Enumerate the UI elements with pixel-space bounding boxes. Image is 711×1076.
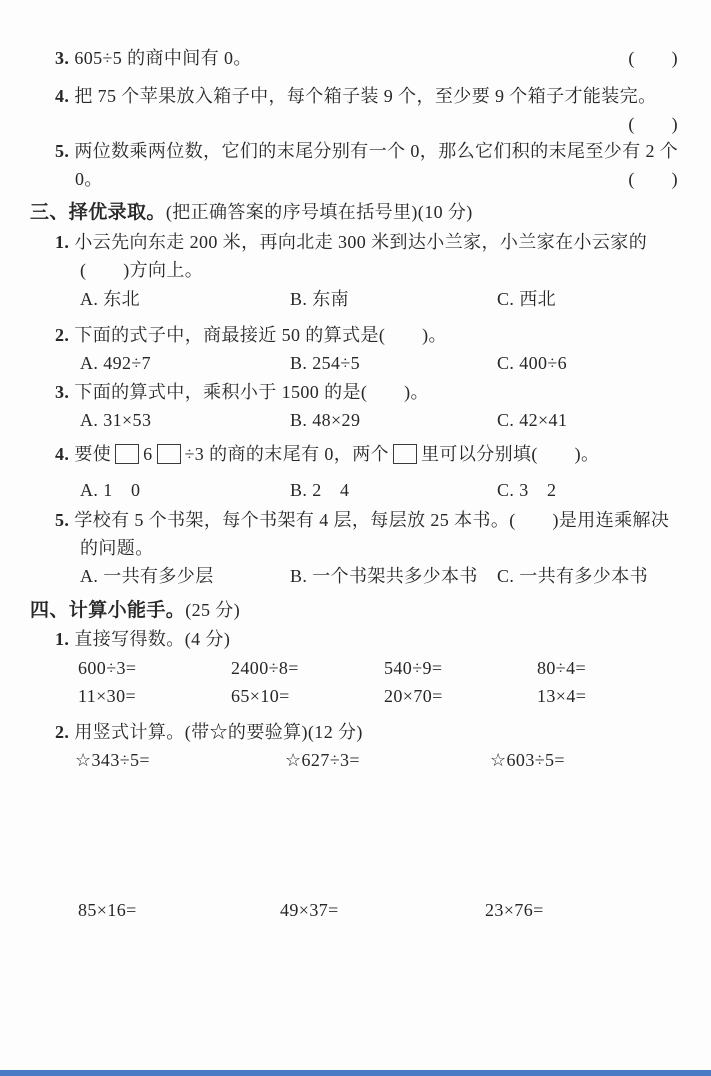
math-expression: 65×10= [231,684,384,708]
question-number: 5. [55,510,69,530]
math-expression: 540÷9= [384,656,537,680]
math-expression: 11×30= [78,684,231,708]
subsection-2-label: 用竖式计算。 [74,722,184,742]
section-three-header: 三、择优录取。(把正确答案的序号填在括号里)(10 分) [30,200,473,225]
question-number: 3. [55,382,69,402]
option-b: B. 2 4 [290,478,497,502]
judge-item-4: 4.把 75 个苹果放入箱子中，每个箱子装 9 个，至少要 9 个箱子才能装完。 [55,84,657,108]
subsection-1-header: 1.直接写得数。(4 分) [55,627,230,651]
item-number: 4. [55,86,69,106]
judge-item-5-cont: 0。 ( ) [75,167,678,191]
judge-item-4-bracket: ( ) [628,112,678,136]
math-expression-starred: ☆603÷5= [490,748,565,772]
question-2: 2.下面的式子中，商最接近 50 的算式是( )。 [55,323,447,347]
math-expression: 80÷4= [537,656,690,680]
blank-box [393,444,417,464]
section-three-title: 三、择优录取。 [30,202,166,223]
item-number: 5. [55,141,69,161]
question-5-options: A. 一共有多少层 B. 一个书架共多少本书 C. 一共有多少本书 [80,564,701,588]
question-3-options: A. 31×53 B. 48×29 C. 42×41 [80,408,701,432]
section-three-instruction: (把正确答案的序号填在括号里)(10 分) [166,202,473,222]
math-expression: 20×70= [384,684,537,708]
option-b: B. 254÷5 [290,351,497,375]
section-four-header: 四、计算小能手。(25 分) [30,598,240,623]
question-3: 3.下面的算式中，乘积小于 1500 的是( )。 [55,380,429,404]
blank-box [115,444,139,464]
question-5-text: 学校有 5 个书架，每个书架有 4 层，每层放 25 本书。( )是用连乘解决 [74,510,669,530]
question-1-text: 小云先向东走 200 米，再向北走 300 米到达小兰家，小兰家在小云家的 [74,232,647,252]
question-2-text: 下面的式子中，商最接近 50 的算式是( )。 [74,325,447,345]
judge-item-3: 3.605÷5 的商中间有 0。 ( ) [55,46,678,70]
question-1: 1.小云先向东走 200 米，再向北走 300 米到达小兰家，小兰家在小云家的 [55,230,647,254]
bottom-blue-bar [0,1070,711,1076]
vertical-calc-row-division: ☆343÷5= ☆627÷3= ☆603÷5= [75,748,701,772]
judge-item-5-text: 两位数乘两位数，它们的末尾分别有一个 0，那么它们积的末尾至少有 2 个 [74,141,678,161]
subsection-number: 1. [55,629,69,649]
judge-item-3-text: 3.605÷5 的商中间有 0。 [55,46,252,70]
mental-math-row-1: 600÷3= 2400÷8= 540÷9= 80÷4= [78,656,701,680]
test-paper-page: 3.605÷5 的商中间有 0。 ( ) 4.把 75 个苹果放入箱子中，每个箱… [0,0,711,1076]
judge-item-5-text-cont: 0。 [75,167,103,191]
option-c: C. 400÷6 [497,351,567,375]
question-2-options: A. 492÷7 B. 254÷5 C. 400÷6 [80,351,701,375]
option-c: C. 3 2 [497,478,556,502]
option-a: A. 1 0 [80,478,290,502]
question-5-line2: 的问题。 [80,536,154,560]
subsection-number: 2. [55,722,69,742]
subsection-2-note: (带☆的要验算)(12 分) [185,722,363,742]
answer-bracket: ( ) [628,167,678,191]
judge-item-5: 5.两位数乘两位数，它们的末尾分别有一个 0，那么它们积的末尾至少有 2 个 [55,139,678,163]
question-1-options: A. 东北 B. 东南 C. 西北 [80,287,701,311]
section-four-score: (25 分) [185,600,240,620]
question-4-options: A. 1 0 B. 2 4 C. 3 2 [80,478,701,502]
option-a: A. 492÷7 [80,351,290,375]
math-expression-starred: ☆343÷5= [75,748,285,772]
question-number: 2. [55,325,69,345]
math-expression: 13×4= [537,684,690,708]
option-b: B. 48×29 [290,408,497,432]
question-number: 1. [55,232,69,252]
answer-bracket: ( ) [628,46,678,70]
subsection-1-score: (4 分) [185,629,231,649]
section-four-title: 四、计算小能手。 [30,600,185,621]
option-b: B. 东南 [290,287,497,311]
option-c: C. 一共有多少本书 [497,564,648,588]
item-number: 3. [55,48,69,68]
math-expression: 600÷3= [78,656,231,680]
question-3-text: 下面的算式中，乘积小于 1500 的是( )。 [74,382,429,402]
math-expression-starred: ☆627÷3= [285,748,490,772]
option-a: A. 东北 [80,287,290,311]
option-a: A. 31×53 [80,408,290,432]
question-number: 4. [55,444,69,464]
vertical-calc-row-multiplication: 85×16= 49×37= 23×76= [78,898,701,922]
blank-box [157,444,181,464]
subsection-1-label: 直接写得数。 [74,629,184,649]
subsection-2-header: 2.用竖式计算。(带☆的要验算)(12 分) [55,720,363,744]
answer-bracket: ( ) [628,114,678,134]
math-expression: 2400÷8= [231,656,384,680]
option-a: A. 一共有多少层 [80,564,290,588]
question-4: 4.要使6÷3 的商的末尾有 0，两个里可以分别填( )。 [55,442,599,466]
math-expression: 85×16= [78,898,280,922]
math-expression: 23×76= [485,898,544,922]
option-c: C. 42×41 [497,408,567,432]
option-c: C. 西北 [497,287,556,311]
judge-item-4-text: 把 75 个苹果放入箱子中，每个箱子装 9 个，至少要 9 个箱子才能装完。 [74,86,656,106]
question-5: 5.学校有 5 个书架，每个书架有 4 层，每层放 25 本书。( )是用连乘解… [55,508,669,532]
option-b: B. 一个书架共多少本书 [290,564,497,588]
question-1-line2: ( )方向上。 [80,258,203,282]
mental-math-row-2: 11×30= 65×10= 20×70= 13×4= [78,684,701,708]
math-expression: 49×37= [280,898,485,922]
